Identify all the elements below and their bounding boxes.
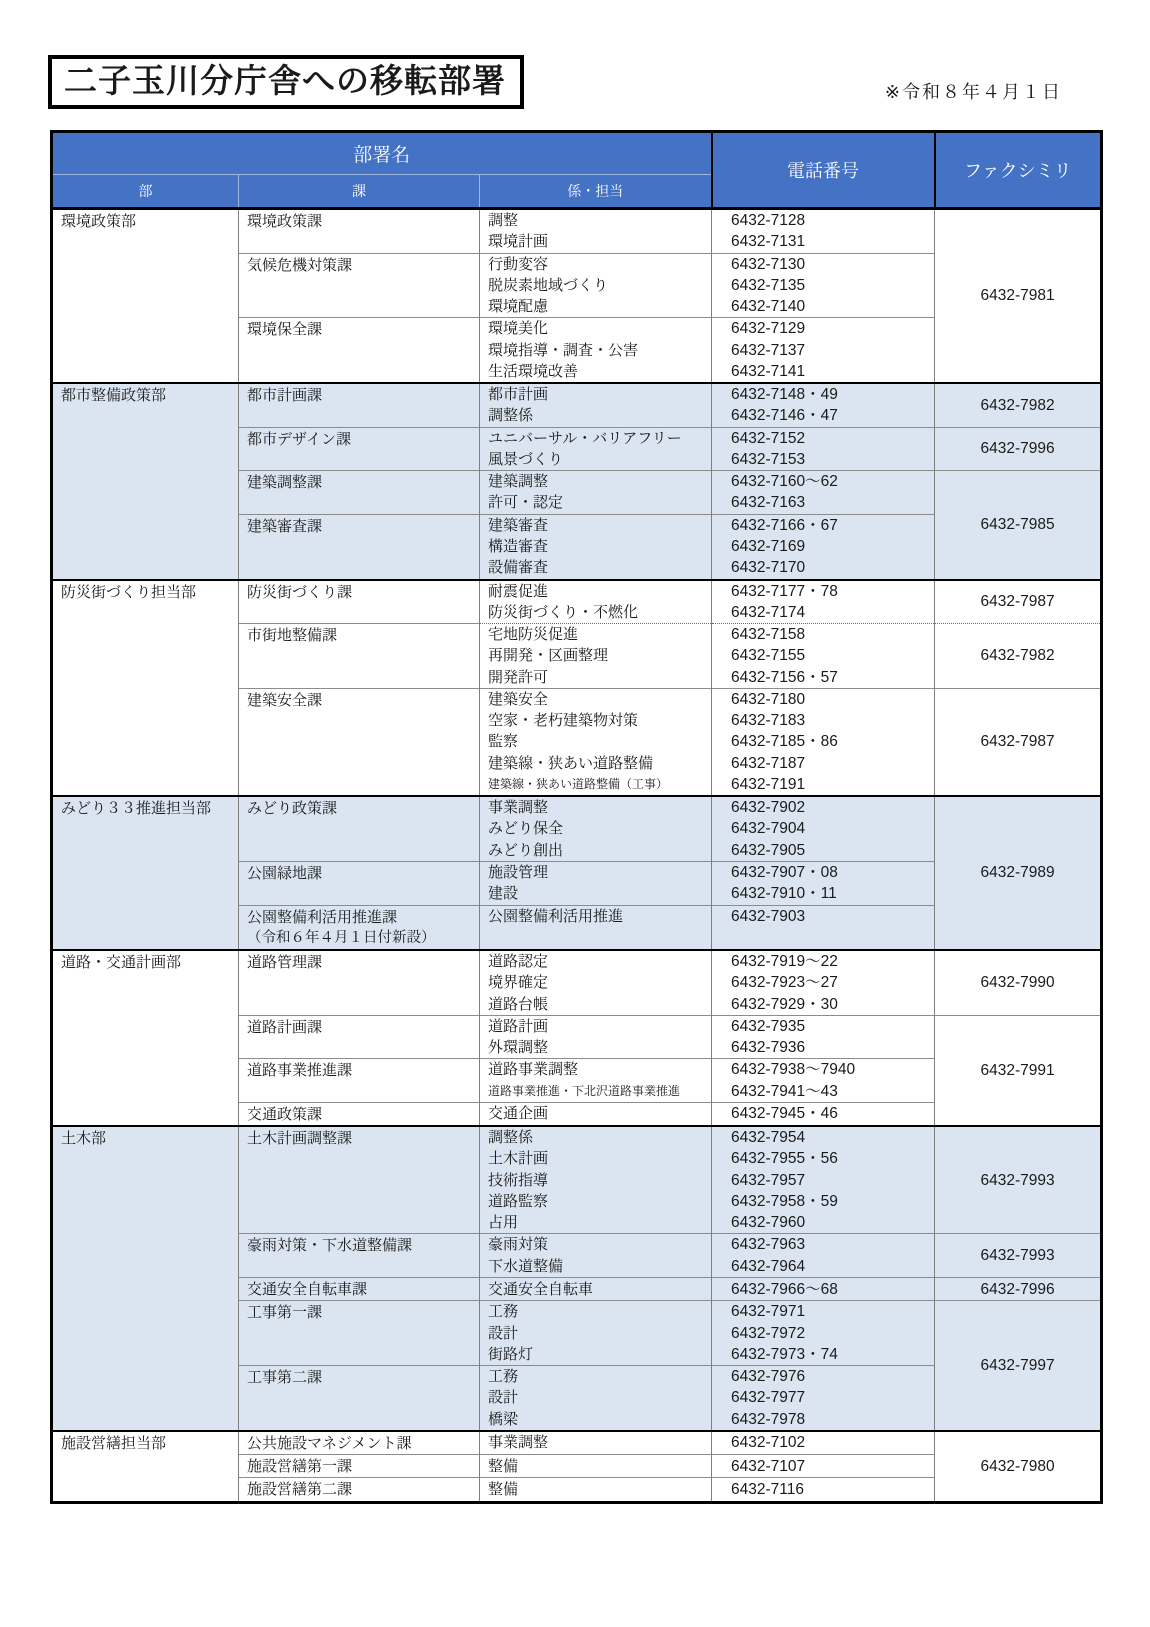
ka-cell: 交通政策課 — [239, 1102, 480, 1126]
phone-cell: 6432-7129 — [712, 318, 935, 340]
fax-cell: 6432-7989 — [935, 796, 1102, 950]
kakari-cell: 建設 — [480, 883, 712, 905]
kakari-cell: 都市計画 — [480, 383, 712, 405]
fax-cell: 6432-7993 — [935, 1234, 1102, 1278]
kakari-cell: 環境配慮 — [480, 296, 712, 318]
kakari-cell: 建築審査 — [480, 514, 712, 536]
ka-label: 防災街づくり課 — [247, 582, 477, 603]
header-bu: 部 — [52, 175, 239, 209]
ka-label: 施設営繕第二課 — [247, 1479, 477, 1500]
kakari-cell: 環境指導・調査・公害 — [480, 340, 712, 361]
kakari-cell: 境界確定 — [480, 972, 712, 993]
kakari-cell: 橋梁 — [480, 1409, 712, 1431]
phone-cell: 6432-7902 — [712, 796, 935, 818]
table-row: 土木部土木計画調整課調整係6432-79546432-7993 — [52, 1126, 1102, 1148]
phone-cell: 6432-7978 — [712, 1409, 935, 1431]
phone-cell: 6432-7905 — [712, 840, 935, 862]
kakari-cell: 土木計画 — [480, 1148, 712, 1169]
kakari-cell: 交通安全自転車 — [480, 1278, 712, 1301]
ka-cell: 工事第一課 — [239, 1301, 480, 1366]
phone-cell: 6432-7107 — [712, 1455, 935, 1478]
ka-cell: 建築審査課 — [239, 514, 480, 579]
ka-label: 交通安全自転車課 — [247, 1279, 477, 1300]
fax-cell: 6432-7993 — [935, 1126, 1102, 1234]
phone-cell: 6432-7185・86 — [712, 731, 935, 752]
phone-cell: 6432-7187 — [712, 753, 935, 774]
phone-cell: 6432-7153 — [712, 449, 935, 471]
kakari-cell: 設計 — [480, 1387, 712, 1408]
phone-cell: 6432-7140 — [712, 296, 935, 318]
phone-cell: 6432-7166・67 — [712, 514, 935, 536]
ka-label: 公共施設マネジメント課 — [247, 1433, 477, 1454]
phone-cell: 6432-7923～27 — [712, 972, 935, 993]
kakari-cell: 行動変容 — [480, 253, 712, 275]
ka-cell: 都市計画課 — [239, 383, 480, 427]
kakari-cell: 道路認定 — [480, 950, 712, 972]
phone-cell: 6432-7964 — [712, 1256, 935, 1278]
ka-note: （令和６年４月１日付新設） — [247, 928, 477, 949]
ka-cell: 市街地整備課 — [239, 624, 480, 689]
kakari-cell: 公園整備利活用推進 — [480, 905, 712, 928]
ka-cell: 施設営繕第二課 — [239, 1478, 480, 1502]
table-body: 環境政策部環境政策課調整6432-71286432-7981環境計画6432-7… — [52, 209, 1102, 1503]
kakari-cell: 占用 — [480, 1212, 712, 1234]
phone-cell: 6432-7960 — [712, 1212, 935, 1234]
kakari-cell: 事業調整 — [480, 796, 712, 818]
phone-cell: 6432-7148・49 — [712, 383, 935, 405]
phone-cell: 6432-7938～7940 — [712, 1059, 935, 1081]
ka-cell: 公園緑地課 — [239, 861, 480, 905]
phone-cell: 6432-7174 — [712, 602, 935, 624]
ka-label: 豪雨対策・下水道整備課 — [247, 1235, 477, 1256]
kakari-cell: 生活環境改善 — [480, 361, 712, 383]
table-row: 環境政策部環境政策課調整6432-71286432-7981 — [52, 209, 1102, 232]
page-title: 二子玉川分庁舎への移転部署 — [64, 62, 506, 99]
ka-label: 気候危機対策課 — [247, 255, 477, 276]
phone-cell: 6432-7130 — [712, 253, 935, 275]
phone-cell: 6432-7116 — [712, 1478, 935, 1502]
kakari-cell: 整備 — [480, 1478, 712, 1502]
phone-cell: 6432-7963 — [712, 1234, 935, 1256]
phone-cell: 6432-7966～68 — [712, 1278, 935, 1301]
kakari-cell: 工務 — [480, 1301, 712, 1323]
ka-cell: 環境政策課 — [239, 209, 480, 254]
bu-cell: 土木部 — [52, 1126, 239, 1431]
table-row: みどり３３推進担当部みどり政策課事業調整6432-79026432-7989 — [52, 796, 1102, 818]
phone-cell: 6432-7958・59 — [712, 1191, 935, 1212]
kakari-cell: 許可・認定 — [480, 492, 712, 514]
kakari-cell: 道路事業調整 — [480, 1059, 712, 1081]
table-row: 道路・交通計画部道路管理課道路認定6432-7919～226432-7990 — [52, 950, 1102, 972]
ka-cell: 豪雨対策・下水道整備課 — [239, 1234, 480, 1278]
header-ka: 課 — [239, 175, 480, 209]
kakari-cell: 環境美化 — [480, 318, 712, 340]
ka-cell: 施設営繕第一課 — [239, 1455, 480, 1478]
kakari-cell: 豪雨対策 — [480, 1234, 712, 1256]
ka-label: 工事第二課 — [247, 1367, 477, 1388]
bu-cell: 道路・交通計画部 — [52, 950, 239, 1126]
department-table: 部署名 電話番号 ファクシミリ 部 課 係・担当 環境政策部環境政策課調整643… — [50, 130, 1103, 1504]
ka-label: 道路計画課 — [247, 1017, 477, 1038]
phone-cell: 6432-7919～22 — [712, 950, 935, 972]
ka-label: 公園緑地課 — [247, 863, 477, 884]
phone-cell: 6432-7910・11 — [712, 883, 935, 905]
phone-cell: 6432-7929・30 — [712, 994, 935, 1016]
ka-cell: 防災街づくり課 — [239, 580, 480, 624]
phone-cell: 6432-7158 — [712, 624, 935, 646]
phone-cell: 6432-7183 — [712, 710, 935, 731]
ka-label: 施設営繕第一課 — [247, 1456, 477, 1477]
ka-cell: 土木計画調整課 — [239, 1126, 480, 1234]
kakari-cell: 工務 — [480, 1366, 712, 1388]
ka-label: みどり政策課 — [247, 798, 477, 819]
kakari-cell: 風景づくり — [480, 449, 712, 471]
phone-cell: 6432-7907・08 — [712, 861, 935, 883]
title-box: 二子玉川分庁舎への移転部署 — [48, 55, 524, 109]
kakari-cell: 再開発・区画整理 — [480, 645, 712, 666]
phone-cell: 6432-7191 — [712, 774, 935, 796]
kakari-cell: 脱炭素地域づくり — [480, 275, 712, 296]
fax-cell: 6432-7987 — [935, 580, 1102, 624]
kakari-cell: 整備 — [480, 1455, 712, 1478]
ka-cell: 都市デザイン課 — [239, 427, 480, 471]
fax-cell: 6432-7980 — [935, 1431, 1102, 1502]
fax-cell: 6432-7985 — [935, 471, 1102, 580]
phone-cell: 6432-7977 — [712, 1387, 935, 1408]
fax-cell: 6432-7996 — [935, 427, 1102, 471]
ka-cell: 公園整備利活用推進課（令和６年４月１日付新設） — [239, 905, 480, 950]
kakari-cell: 開発許可 — [480, 667, 712, 689]
table-header: 部署名 電話番号 ファクシミリ 部 課 係・担当 — [52, 132, 1102, 209]
ka-cell: 環境保全課 — [239, 318, 480, 383]
kakari-cell: 交通企画 — [480, 1102, 712, 1126]
phone-cell: 6432-7903 — [712, 905, 935, 928]
ka-label: 公園整備利活用推進課 — [247, 907, 477, 928]
phone-cell: 6432-7135 — [712, 275, 935, 296]
phone-cell: 6432-7156・57 — [712, 667, 935, 689]
ka-label: 道路事業推進課 — [247, 1060, 477, 1081]
phone-cell — [712, 928, 935, 950]
kakari-cell: 調整 — [480, 209, 712, 232]
phone-cell: 6432-7976 — [712, 1366, 935, 1388]
kakari-cell: 施設管理 — [480, 861, 712, 883]
ka-label: 市街地整備課 — [247, 625, 477, 646]
phone-cell: 6432-7941～43 — [712, 1081, 935, 1103]
kakari-cell: 下水道整備 — [480, 1256, 712, 1278]
ka-label: 建築調整課 — [247, 472, 477, 493]
kakari-cell: 技術指導 — [480, 1170, 712, 1191]
phone-cell: 6432-7155 — [712, 645, 935, 666]
bu-cell: みどり３３推進担当部 — [52, 796, 239, 950]
ka-label: 環境保全課 — [247, 319, 477, 340]
bu-cell: 環境政策部 — [52, 209, 239, 384]
table-row: 施設営繕担当部公共施設マネジメント課事業調整6432-71026432-7980 — [52, 1431, 1102, 1455]
ka-label: 工事第一課 — [247, 1302, 477, 1323]
bu-cell: 防災街づくり担当部 — [52, 580, 239, 797]
phone-cell: 6432-7935 — [712, 1015, 935, 1037]
phone-cell: 6432-7160～62 — [712, 471, 935, 493]
fax-cell: 6432-7982 — [935, 383, 1102, 427]
ka-cell: 建築調整課 — [239, 471, 480, 515]
kakari-cell: 耐震促進 — [480, 580, 712, 602]
kakari-cell: 宅地防災促進 — [480, 624, 712, 646]
fax-cell: 6432-7982 — [935, 624, 1102, 689]
ka-cell: 道路計画課 — [239, 1015, 480, 1059]
kakari-cell: 道路監察 — [480, 1191, 712, 1212]
ka-label: 建築安全課 — [247, 690, 477, 711]
kakari-cell: 道路台帳 — [480, 994, 712, 1016]
ka-label: 土木計画調整課 — [247, 1128, 477, 1149]
fax-cell: 6432-7990 — [935, 950, 1102, 1015]
kakari-cell: 設備審査 — [480, 557, 712, 579]
ka-label: 環境政策課 — [247, 211, 477, 232]
phone-cell: 6432-7954 — [712, 1126, 935, 1148]
fax-cell: 6432-7987 — [935, 688, 1102, 796]
header-department-name: 部署名 — [52, 132, 712, 175]
ka-cell: 気候危機対策課 — [239, 253, 480, 318]
phone-cell: 6432-7936 — [712, 1037, 935, 1059]
ka-cell: みどり政策課 — [239, 796, 480, 861]
phone-cell: 6432-7971 — [712, 1301, 935, 1323]
ka-cell: 工事第二課 — [239, 1366, 480, 1431]
kakari-cell: 設計 — [480, 1323, 712, 1344]
phone-cell: 6432-7128 — [712, 209, 935, 232]
phone-cell: 6432-7955・56 — [712, 1148, 935, 1169]
kakari-cell: 防災街づくり・不燃化 — [480, 602, 712, 624]
kakari-cell: 環境計画 — [480, 231, 712, 253]
phone-cell: 6432-7973・74 — [712, 1344, 935, 1366]
phone-cell: 6432-7180 — [712, 688, 935, 710]
kakari-cell: 建築線・狭あい道路整備 — [480, 753, 712, 774]
phone-cell: 6432-7957 — [712, 1170, 935, 1191]
kakari-cell: 道路計画 — [480, 1015, 712, 1037]
kakari-cell: 構造審査 — [480, 536, 712, 557]
ka-label: 都市デザイン課 — [247, 429, 477, 450]
kakari-cell: 建築安全 — [480, 688, 712, 710]
kakari-cell: 外環調整 — [480, 1037, 712, 1059]
fax-cell: 6432-7996 — [935, 1278, 1102, 1301]
fax-cell: 6432-7991 — [935, 1015, 1102, 1126]
phone-cell: 6432-7170 — [712, 557, 935, 579]
kakari-cell: 空家・老朽建築物対策 — [480, 710, 712, 731]
phone-cell: 6432-7141 — [712, 361, 935, 383]
fax-cell: 6432-7997 — [935, 1301, 1102, 1431]
phone-cell: 6432-7137 — [712, 340, 935, 361]
kakari-cell: 建築線・狭あい道路整備（工事） — [480, 774, 712, 796]
fax-cell: 6432-7981 — [935, 209, 1102, 384]
department-table-wrapper: 部署名 電話番号 ファクシミリ 部 課 係・担当 環境政策部環境政策課調整643… — [50, 130, 1100, 1504]
phone-cell: 6432-7146・47 — [712, 405, 935, 427]
kakari-cell: 監察 — [480, 731, 712, 752]
header-fax: ファクシミリ — [935, 132, 1102, 209]
kakari-cell: 事業調整 — [480, 1431, 712, 1455]
header-phone: 電話番号 — [712, 132, 935, 209]
phone-cell: 6432-7972 — [712, 1323, 935, 1344]
table-row: 防災街づくり担当部防災街づくり課耐震促進6432-7177・786432-798… — [52, 580, 1102, 602]
header-kakari: 係・担当 — [480, 175, 712, 209]
ka-label: 都市計画課 — [247, 385, 477, 406]
bu-cell: 都市整備政策部 — [52, 383, 239, 579]
table-row: 都市整備政策部都市計画課都市計画6432-7148・496432-7982 — [52, 383, 1102, 405]
phone-cell: 6432-7904 — [712, 818, 935, 839]
phone-cell: 6432-7131 — [712, 231, 935, 253]
kakari-cell: ユニバーサル・バリアフリー — [480, 427, 712, 449]
ka-cell: 道路管理課 — [239, 950, 480, 1015]
phone-cell: 6432-7163 — [712, 492, 935, 514]
kakari-cell: 調整係 — [480, 1126, 712, 1148]
phone-cell: 6432-7152 — [712, 427, 935, 449]
ka-cell: 公共施設マネジメント課 — [239, 1431, 480, 1455]
kakari-cell: 建築調整 — [480, 471, 712, 493]
ka-cell: 道路事業推進課 — [239, 1059, 480, 1103]
kakari-cell: みどり創出 — [480, 840, 712, 862]
phone-cell: 6432-7102 — [712, 1431, 935, 1455]
ka-label: 建築審査課 — [247, 516, 477, 537]
ka-cell: 交通安全自転車課 — [239, 1278, 480, 1301]
phone-cell: 6432-7169 — [712, 536, 935, 557]
ka-label: 交通政策課 — [247, 1104, 477, 1125]
phone-cell: 6432-7177・78 — [712, 580, 935, 602]
kakari-cell: 道路事業推進・下北沢道路事業推進 — [480, 1081, 712, 1103]
page: 二子玉川分庁舎への移転部署 ※令和８年４月１日 部署名 電話番号 ファクシミリ … — [0, 0, 1150, 1627]
kakari-cell — [480, 928, 712, 950]
kakari-cell: みどり保全 — [480, 818, 712, 839]
ka-label: 道路管理課 — [247, 952, 477, 973]
date-note: ※令和８年４月１日 — [885, 78, 1062, 104]
kakari-cell: 街路灯 — [480, 1344, 712, 1366]
phone-cell: 6432-7945・46 — [712, 1102, 935, 1126]
bu-cell: 施設営繕担当部 — [52, 1431, 239, 1502]
ka-cell: 建築安全課 — [239, 688, 480, 796]
kakari-cell: 調整係 — [480, 405, 712, 427]
